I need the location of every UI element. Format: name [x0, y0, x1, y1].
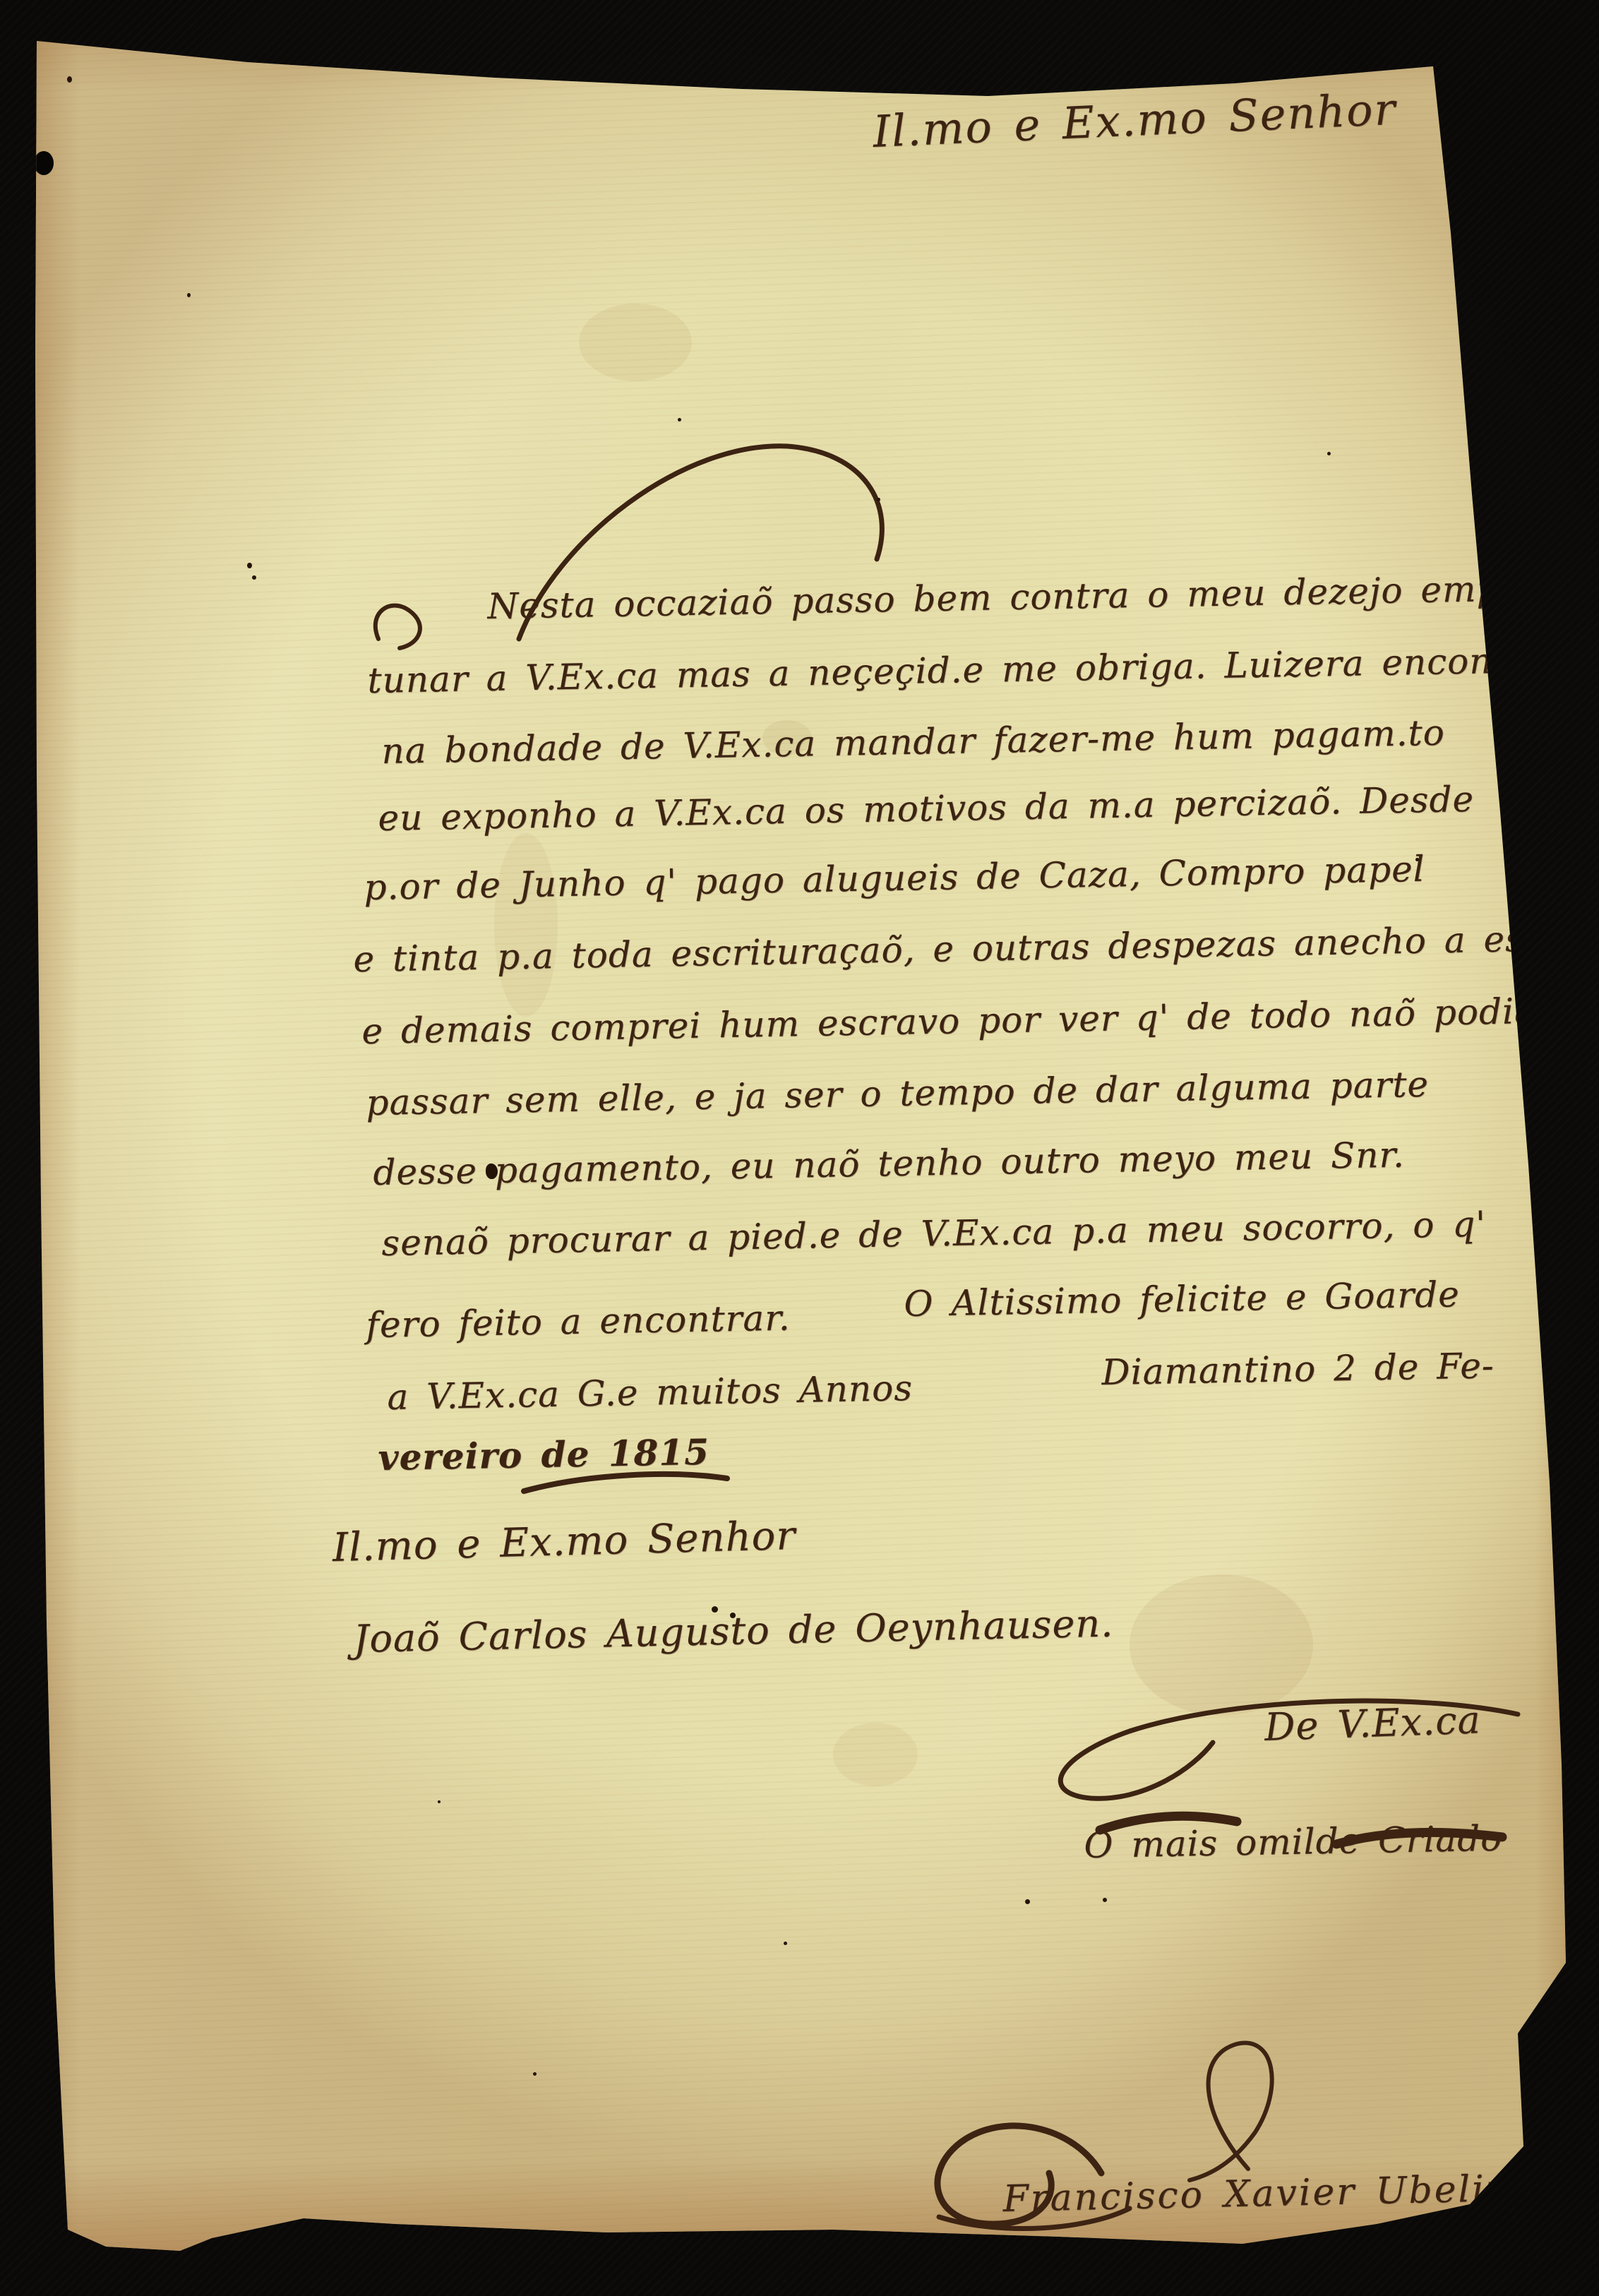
body-line-11-right: O Altissimo felicite e Goarde [904, 1274, 1460, 1325]
body-line-7: e demais comprei hum escravo por ver q' … [361, 991, 1536, 1052]
body-line-5: p.or de Junho q' pago alugueis de Caza, … [364, 849, 1425, 908]
body-line-11-left: fero feito a encontrar. [366, 1298, 791, 1346]
body-line-2: tunar a V.Ex.ca mas a neçeçid.e me obrig… [367, 639, 1565, 701]
body-line-3: na bondade de V.Ex.ca mandar fazer-me hu… [381, 712, 1445, 772]
ink-speck [678, 418, 681, 421]
ink-speck [438, 1800, 441, 1803]
ink-speck [187, 293, 191, 297]
ink-speck [533, 2072, 537, 2076]
addressee-name: Joaõ Carlos Augusto de Oeynhausen. [353, 1601, 1114, 1661]
ink-speck [877, 498, 880, 501]
salutation-line: Il.mo e Ex.mo Senhor [872, 83, 1397, 157]
ink-blot [486, 1164, 498, 1179]
ink-speck [1103, 1898, 1107, 1902]
date-place-line: Diamantino 2 de Fe- [1101, 1345, 1495, 1393]
signature-name: Francisco Xavier Ubelino [1002, 2167, 1536, 2220]
body-line-4: eu exponho a V.Ex.ca os motivos da m.a p… [378, 779, 1474, 839]
ink-speck [247, 563, 252, 568]
ink-speck [1415, 858, 1419, 861]
letter-paper: Il.mo e Ex.mo Senhor Nesta occaziaõ pass… [0, 0, 1599, 2296]
handwriting-layer: Il.mo e Ex.mo Senhor Nesta occaziaõ pass… [0, 0, 1599, 2296]
address-honorific: Il.mo e Ex.mo Senhor [332, 1513, 796, 1571]
body-line-9: desse pagamento, eu naõ tenho outro meyo… [373, 1134, 1405, 1192]
body-line-6: e tinta p.a toda escrituraçaõ, e outras … [353, 918, 1580, 980]
closing-valediction: O mais omilde Criado [1084, 1818, 1503, 1866]
ink-speck [252, 575, 256, 580]
photo-backdrop: Il.mo e Ex.mo Senhor Nesta occaziaõ pass… [0, 0, 1599, 2296]
body-line-12-left: a V.Ex.ca G.e muitos Annos [387, 1368, 913, 1418]
ink-speck [1025, 1899, 1030, 1904]
ink-speck [1327, 452, 1331, 455]
date-year-line: vereiro de 1815 [378, 1431, 709, 1478]
ink-speck [67, 76, 72, 83]
body-line-10: senaõ procurar a pied.e de V.Ex.ca p.a m… [381, 1204, 1486, 1264]
ink-speck [712, 1606, 718, 1613]
closing-deference: De V.Ex.ca [1264, 1697, 1482, 1750]
ink-speck [730, 1613, 736, 1618]
body-line-8: passar sem elle, e ja ser o tempo de dar… [366, 1064, 1429, 1123]
body-line-1: Nesta occaziaõ passo bem contra o meu de… [487, 568, 1552, 627]
ink-speck [784, 1942, 787, 1945]
